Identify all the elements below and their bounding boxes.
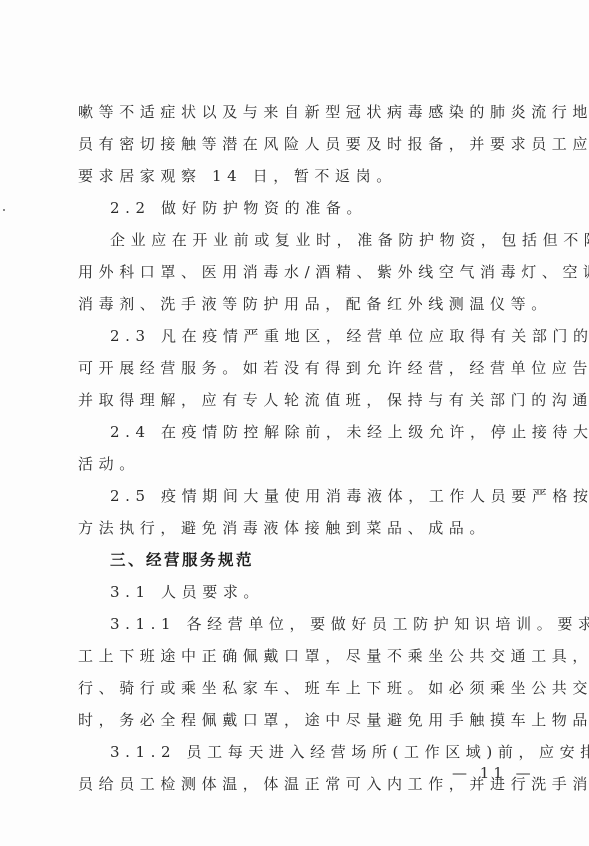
- section-3-1-1-line: 3.1.1 各经营单位，要做好员工防护知识培训。要求所有员: [78, 608, 524, 640]
- section-2-5-line: 2.5 疫情期间大量使用消毒液体，工作人员要严格按照使用: [78, 480, 524, 512]
- section-2-4-line: 2.4 在疫情防控解除前，未经上级允许，停止接待大规模聚餐: [78, 416, 524, 448]
- paragraph-line: 可开展经营服务。如若没有得到允许经营，经营单位应告知顾客: [78, 352, 524, 384]
- page-number: — 11 —: [452, 764, 535, 782]
- body-text: 嗽等不适症状以及与来自新型冠状病毒感染的肺炎流行地区的人 员有密切接触等潜在风险…: [78, 96, 524, 800]
- scan-artifact: [3, 209, 5, 211]
- paragraph-line: 企业应在开业前或复业时，准备防护物资，包括但不限于：医: [78, 224, 524, 256]
- paragraph-line: 方法执行，避免消毒液体接触到菜品、成品。: [78, 512, 524, 544]
- section-2-3-line: 2.3 凡在疫情严重地区，经营单位应取得有关部门的允许，方: [78, 320, 524, 352]
- document-page: 嗽等不适症状以及与来自新型冠状病毒感染的肺炎流行地区的人 员有密切接触等潜在风险…: [0, 0, 589, 846]
- paragraph-line: 行、骑行或乘坐私家车、班车上下班。如必须乘坐公共交通工具: [78, 672, 524, 704]
- section-3-heading: 三、经营服务规范: [78, 544, 524, 576]
- paragraph-line: 活动。: [78, 448, 524, 480]
- paragraph-line: 工上下班途中正确佩戴口罩，尽量不乘坐公共交通工具，建议步: [78, 640, 524, 672]
- paragraph-line: 员有密切接触等潜在风险人员要及时报备，并要求员工应当按照: [78, 128, 524, 160]
- paragraph-line: 时，务必全程佩戴口罩，途中尽量避免用手触摸车上物品。: [78, 704, 524, 736]
- paragraph-line: 并取得理解，应有专人轮流值班，保持与有关部门的沟通。: [78, 384, 524, 416]
- section-3-1-title: 3.1 人员要求。: [78, 576, 524, 608]
- paragraph-line: 用外科口罩、医用消毒水/酒精、紫外线空气消毒灯、空调系统专用: [78, 256, 524, 288]
- paragraph-line: 要求居家观察 14 日，暂不返岗。: [78, 160, 524, 192]
- section-2-2-title: 2.2 做好防护物资的准备。: [78, 192, 524, 224]
- paragraph-line: 消毒剂、洗手液等防护用品，配备红外线测温仪等。: [78, 288, 524, 320]
- paragraph-line: 嗽等不适症状以及与来自新型冠状病毒感染的肺炎流行地区的人: [78, 96, 524, 128]
